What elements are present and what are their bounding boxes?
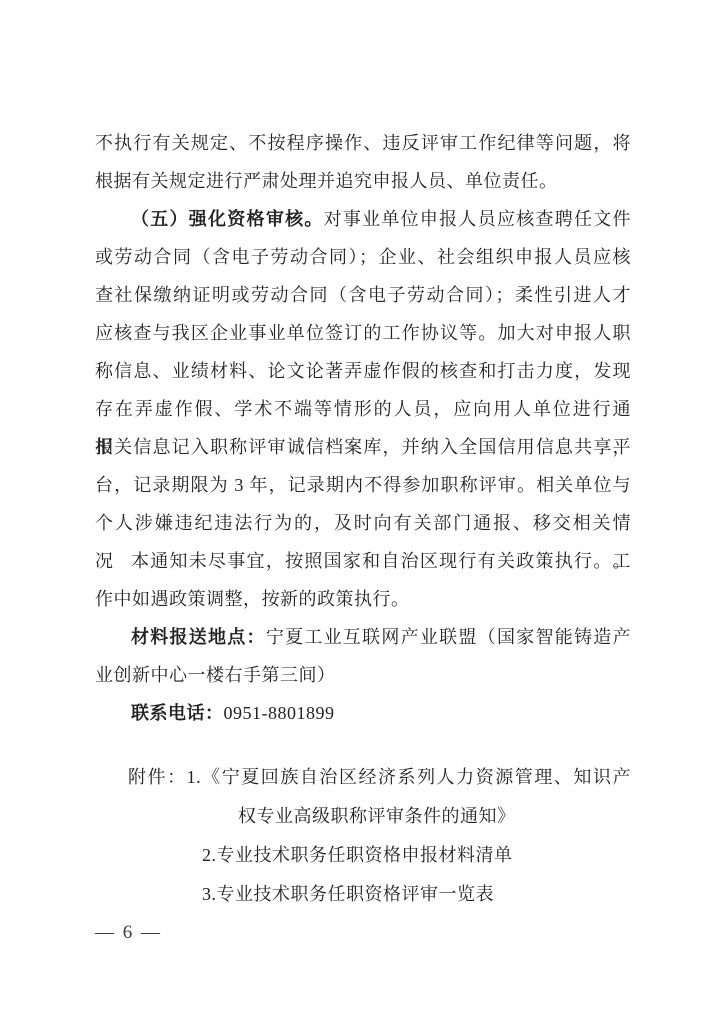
text-segment: 附件：1.《宁夏回族自治区经济系列人力资源管理、知识产 (128, 767, 631, 787)
body-text-line: 存在弄虚作假、学术不端等情形的人员，应向用人单位进行通报， (95, 390, 631, 428)
page-content: 不执行有关规定、不按程序操作、违反评审工作纪律等问题，将根据有关规定进行严肃处理… (95, 124, 631, 952)
text-segment: 2.专业技术职务任职资格申报材料清单 (202, 845, 513, 865)
body-text-line: 台，记录期限为 3 年，记录期内不得参加职称评审。相关单位与 (95, 466, 631, 504)
body-text-line: 应核查与我区企业事业单位签订的工作协议等。加大对申报人职 (95, 314, 631, 352)
text-segment: 对事业单位申报人员应核查聘任文件 (324, 209, 631, 229)
attachment-list: 附件：1.《宁夏回族自治区经济系列人力资源管理、知识产权专业高级职称评审条件的通… (95, 758, 631, 914)
scanned-document-page: 不执行有关规定、不按程序操作、违反评审工作纪律等问题，将根据有关规定进行严肃处理… (0, 0, 724, 1024)
text-segment: 应核查与我区企业事业单位签订的工作协议等。加大对申报人职 (95, 323, 631, 343)
body-text-line: 称信息、业绩材料、论文论著弄虚作假的核查和打击力度，发现 (95, 352, 631, 390)
attachment-line: 3.专业技术职务任职资格评审一览表 (95, 875, 631, 914)
text-segment: 0951-8801899 (224, 703, 335, 723)
text-segment: 称信息、业绩材料、论文论著弄虚作假的核查和打击力度，发现 (95, 361, 631, 381)
text-segment: 3.专业技术职务任职资格评审一览表 (202, 884, 494, 904)
text-segment: 不执行有关规定、不按程序操作、违反评审工作纪律等问题，将 (95, 133, 631, 153)
body-text-line: 材料报送地点：宁夏工业互联网产业联盟（国家智能铸造产 (95, 618, 631, 656)
attachment-line: 权专业高级职称评审条件的通知》 (95, 797, 631, 836)
text-segment: 业创新中心一楼右手第三间） (95, 665, 336, 685)
attachment-line: 附件：1.《宁夏回族自治区经济系列人力资源管理、知识产 (95, 758, 631, 797)
body-text-line: 作中如遇政策调整，按新的政策执行。 (95, 580, 631, 618)
body-text-line: 或劳动合同（含电子劳动合同）；企业、社会组织申报人员应核 (95, 238, 631, 276)
body-text-line: 查社保缴纳证明或劳动合同（含电子劳动合同）；柔性引进人才 (95, 276, 631, 314)
text-segment: 本通知未尽事宜，按照国家和自治区现行有关政策执行。工 (131, 551, 631, 571)
page-footer: — 6 — (95, 914, 631, 952)
text-segment: 根据有关规定进行严肃处理并追究申报人员、单位责任。 (95, 171, 558, 191)
body-text-line: 根据有关规定进行严肃处理并追究申报人员、单位责任。 (95, 162, 631, 200)
text-segment: 台，记录期限为 3 年，记录期内不得参加职称评审。相关单位与 (95, 475, 631, 495)
bold-lead-in: 材料报送地点： (131, 627, 266, 647)
body-text-line: 个人涉嫌违纪违法行为的，及时向有关部门通报、移交相关情况。 (95, 504, 631, 542)
attachment-line: 2.专业技术职务任职资格申报材料清单 (95, 836, 631, 875)
text-segment: 或劳动合同（含电子劳动合同）；企业、社会组织申报人员应核 (95, 247, 631, 267)
document-body: 不执行有关规定、不按程序操作、违反评审工作纪律等问题，将根据有关规定进行严肃处理… (95, 124, 631, 732)
text-segment: 作中如遇政策调整，按新的政策执行。 (95, 589, 410, 609)
text-segment: 查社保缴纳证明或劳动合同（含电子劳动合同）；柔性引进人才 (95, 285, 631, 305)
body-text-line: 相关信息记入职称评审诚信档案库，并纳入全国信用信息共享平 (95, 428, 631, 466)
body-text-line: 不执行有关规定、不按程序操作、违反评审工作纪律等问题，将 (95, 124, 631, 162)
text-segment: 宁夏工业互联网产业联盟（国家智能铸造产 (266, 627, 631, 647)
bold-lead-in: （五）强化资格审核。 (131, 209, 324, 229)
body-text-line: 业创新中心一楼右手第三间） (95, 656, 631, 694)
body-text-line: 联系电话：0951-8801899 (95, 694, 631, 732)
page-number: — 6 — (95, 922, 162, 943)
body-text-line: 本通知未尽事宜，按照国家和自治区现行有关政策执行。工 (95, 542, 631, 580)
body-text-line: （五）强化资格审核。对事业单位申报人员应核查聘任文件 (95, 200, 631, 238)
text-segment: 权专业高级职称评审条件的通知》 (238, 806, 516, 826)
text-segment: 相关信息记入职称评审诚信档案库，并纳入全国信用信息共享平 (95, 437, 631, 457)
bold-lead-in: 联系电话： (131, 703, 224, 723)
